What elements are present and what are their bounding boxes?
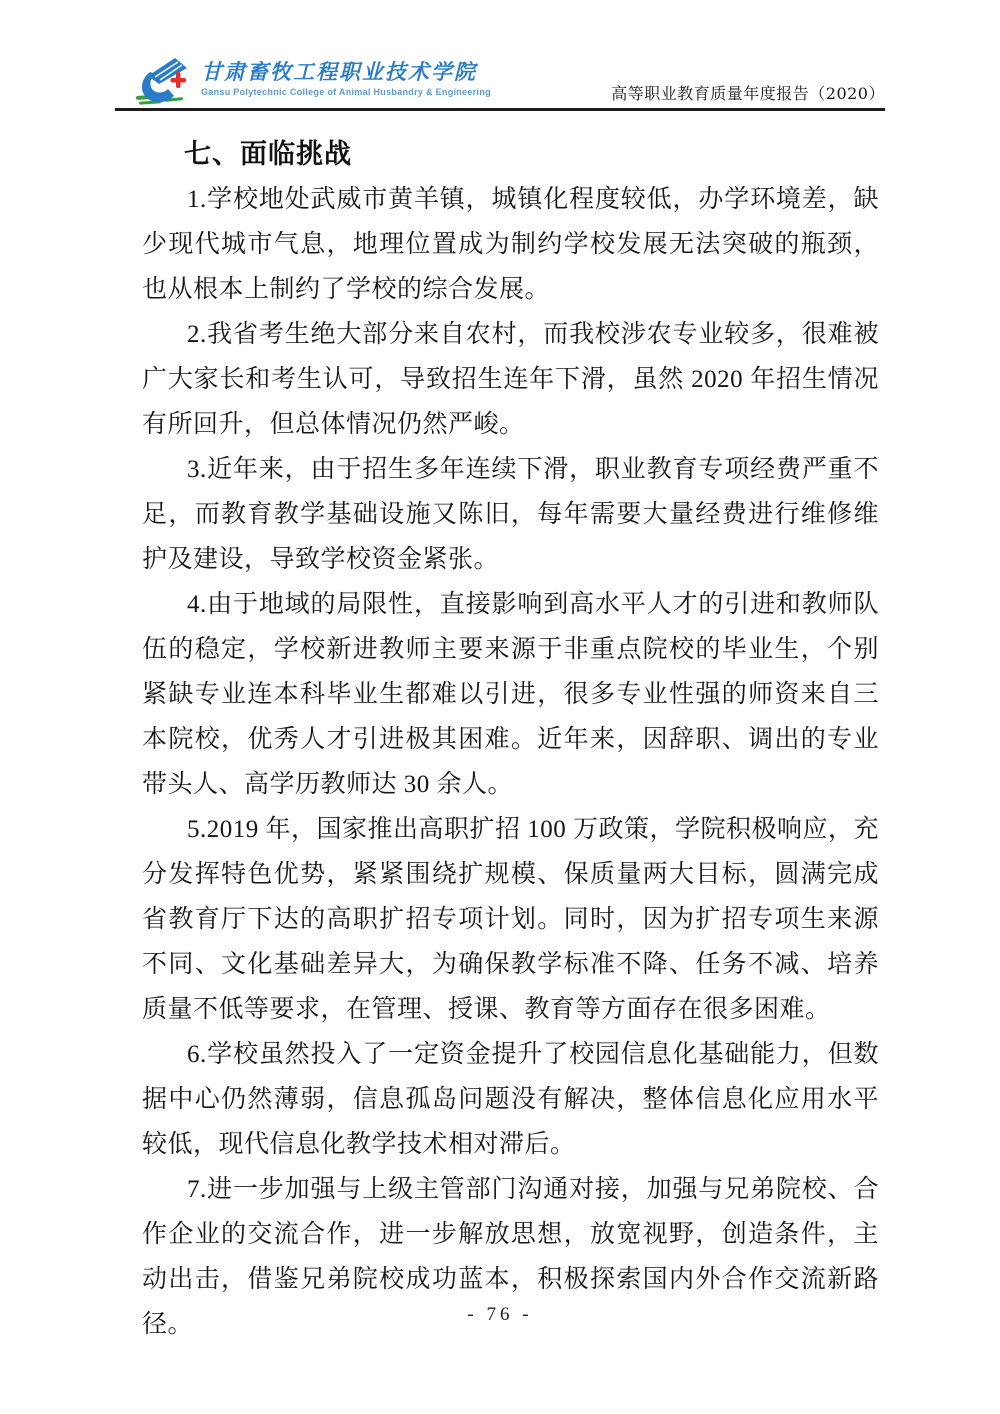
page-footer: - 76 - <box>0 1304 1000 1326</box>
paragraph-6: 6.学校虽然投入了一定资金提升了校园信息化基础能力，但数据中心仍然薄弱，信息孤岛… <box>142 1032 879 1167</box>
college-logo-icon <box>135 52 195 106</box>
page-number: - 76 - <box>467 1304 532 1325</box>
page-header: 甘肃畜牧工程职业技术学院 Gansu Polytechnic College o… <box>115 52 885 108</box>
paragraph-5: 5.2019 年，国家推出高职扩招 100 万政策，学院积极响应，充分发挥特色优… <box>142 807 879 1032</box>
paragraph-3: 3.近年来，由于招生多年连续下滑，职业教育专项经费严重不足，而教育教学基础设施又… <box>142 447 879 582</box>
paragraph-2: 2.我省考生绝大部分来自农村，而我校涉农专业较多，很难被广大家长和考生认可，导致… <box>142 312 879 447</box>
document-page: 甘肃畜牧工程职业技术学院 Gansu Polytechnic College o… <box>0 0 1000 1414</box>
paragraph-1: 1.学校地处武威市黄羊镇，城镇化程度较低，办学环境差，缺少现代城市气息，地理位置… <box>142 177 879 312</box>
document-body: 七、面临挑战 1.学校地处武威市黄羊镇，城镇化程度较低，办学环境差，缺少现代城市… <box>142 131 879 1347</box>
college-logo-text: 甘肃畜牧工程职业技术学院 Gansu Polytechnic College o… <box>201 52 491 97</box>
college-logo: 甘肃畜牧工程职业技术学院 Gansu Polytechnic College o… <box>135 52 491 106</box>
section-title: 七、面临挑战 <box>142 131 879 177</box>
header-rule <box>115 108 885 111</box>
college-name-zh: 甘肃畜牧工程职业技术学院 <box>201 60 491 84</box>
paragraph-4: 4.由于地域的局限性，直接影响到高水平人才的引进和教师队伍的稳定，学校新进教师主… <box>142 582 879 807</box>
report-title: 高等职业教育质量年度报告（2020） <box>611 81 885 104</box>
college-name-en: Gansu Polytechnic College of Animal Husb… <box>201 87 491 97</box>
